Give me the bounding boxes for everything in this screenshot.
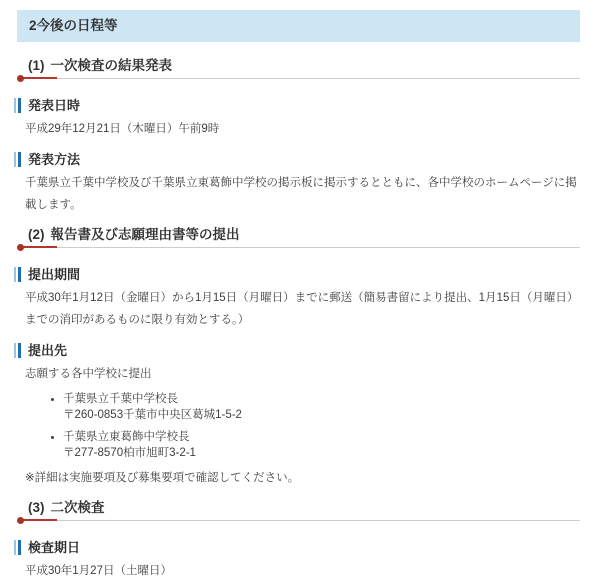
double-bar-icon xyxy=(14,267,21,282)
double-bar-icon xyxy=(14,152,21,167)
section-header-bar: 2今後の日程等 xyxy=(17,10,580,42)
section-3-rule xyxy=(17,517,580,524)
section-1-title: (1)一次検査の結果発表 xyxy=(17,59,580,73)
rule-red-line xyxy=(19,77,57,79)
rule-red-line xyxy=(19,519,57,521)
section-3-title: (3)二次検査 xyxy=(17,501,580,515)
section-2-rule xyxy=(17,244,580,251)
section-2-heading-text: 報告書及び志願理由書等の提出 xyxy=(51,227,240,242)
subheading-label: 発表日時 xyxy=(28,98,80,113)
subheading-announcement-method: 発表方法 xyxy=(14,152,580,167)
rule-gray-line xyxy=(17,520,580,521)
section-1-number: (1) xyxy=(28,58,45,73)
detail-note: ※詳細は実施要項及び募集要項で確認してください。 xyxy=(17,467,580,489)
double-bar-icon xyxy=(14,98,21,113)
subheading-label: 提出先 xyxy=(28,343,67,358)
subheading-submission-destination: 提出先 xyxy=(14,343,580,358)
double-bar-icon xyxy=(14,343,21,358)
subheading-label: 検査期日 xyxy=(28,540,80,555)
section-2-title: (2)報告書及び志願理由書等の提出 xyxy=(17,228,580,242)
section-1-rule xyxy=(17,75,580,82)
rule-gray-line xyxy=(17,78,580,79)
subheading-announcement-datetime: 発表日時 xyxy=(14,98,580,113)
examination-date-text: 平成30年1月27日（土曜日） xyxy=(17,560,580,578)
list-item: 千葉県立東葛飾中学校長 〒277-8570柏市旭町3-2-1 xyxy=(63,429,580,461)
school-name: 千葉県立千葉中学校長 xyxy=(63,391,580,407)
red-dot-icon xyxy=(17,244,24,251)
submission-address-list: 千葉県立千葉中学校長 〒260-0853千葉市中央区葛城1-5-2 千葉県立東葛… xyxy=(17,391,580,461)
list-item: 千葉県立千葉中学校長 〒260-0853千葉市中央区葛城1-5-2 xyxy=(63,391,580,423)
section-3-number: (3) xyxy=(28,500,45,515)
subheading-label: 提出期間 xyxy=(28,267,80,282)
announcement-datetime-text: 平成29年12月21日（木曜日）午前9時 xyxy=(17,118,580,140)
section-2-number: (2) xyxy=(28,227,45,242)
school-address: 〒277-8570柏市旭町3-2-1 xyxy=(63,445,580,461)
content-container: 2今後の日程等 (1)一次検査の結果発表 発表日時 平成29年12月21日（木曜… xyxy=(17,0,580,578)
red-dot-icon xyxy=(17,517,24,524)
rule-red-line xyxy=(19,246,57,248)
subheading-examination-date: 検査期日 xyxy=(14,540,580,555)
submission-destination-text: 志願する各中学校に提出 xyxy=(17,363,580,385)
subheading-submission-period: 提出期間 xyxy=(14,267,580,282)
page: 2今後の日程等 (1)一次検査の結果発表 発表日時 平成29年12月21日（木曜… xyxy=(0,0,600,578)
school-name: 千葉県立東葛飾中学校長 xyxy=(63,429,580,445)
section-1-heading-text: 一次検査の結果発表 xyxy=(51,58,173,73)
red-dot-icon xyxy=(17,75,24,82)
submission-period-text: 平成30年1月12日（金曜日）から1月15日（月曜日）までに郵送（簡易書留により… xyxy=(17,287,580,331)
double-bar-icon xyxy=(14,540,21,555)
announcement-method-text: 千葉県立千葉中学校及び千葉県立東葛飾中学校の掲示板に掲示するとともに、各中学校の… xyxy=(17,172,580,216)
school-address: 〒260-0853千葉市中央区葛城1-5-2 xyxy=(63,407,580,423)
rule-gray-line xyxy=(17,247,580,248)
section-header-title: 2今後の日程等 xyxy=(29,18,118,33)
subheading-label: 発表方法 xyxy=(28,152,80,167)
section-3-heading-text: 二次検査 xyxy=(51,500,105,515)
